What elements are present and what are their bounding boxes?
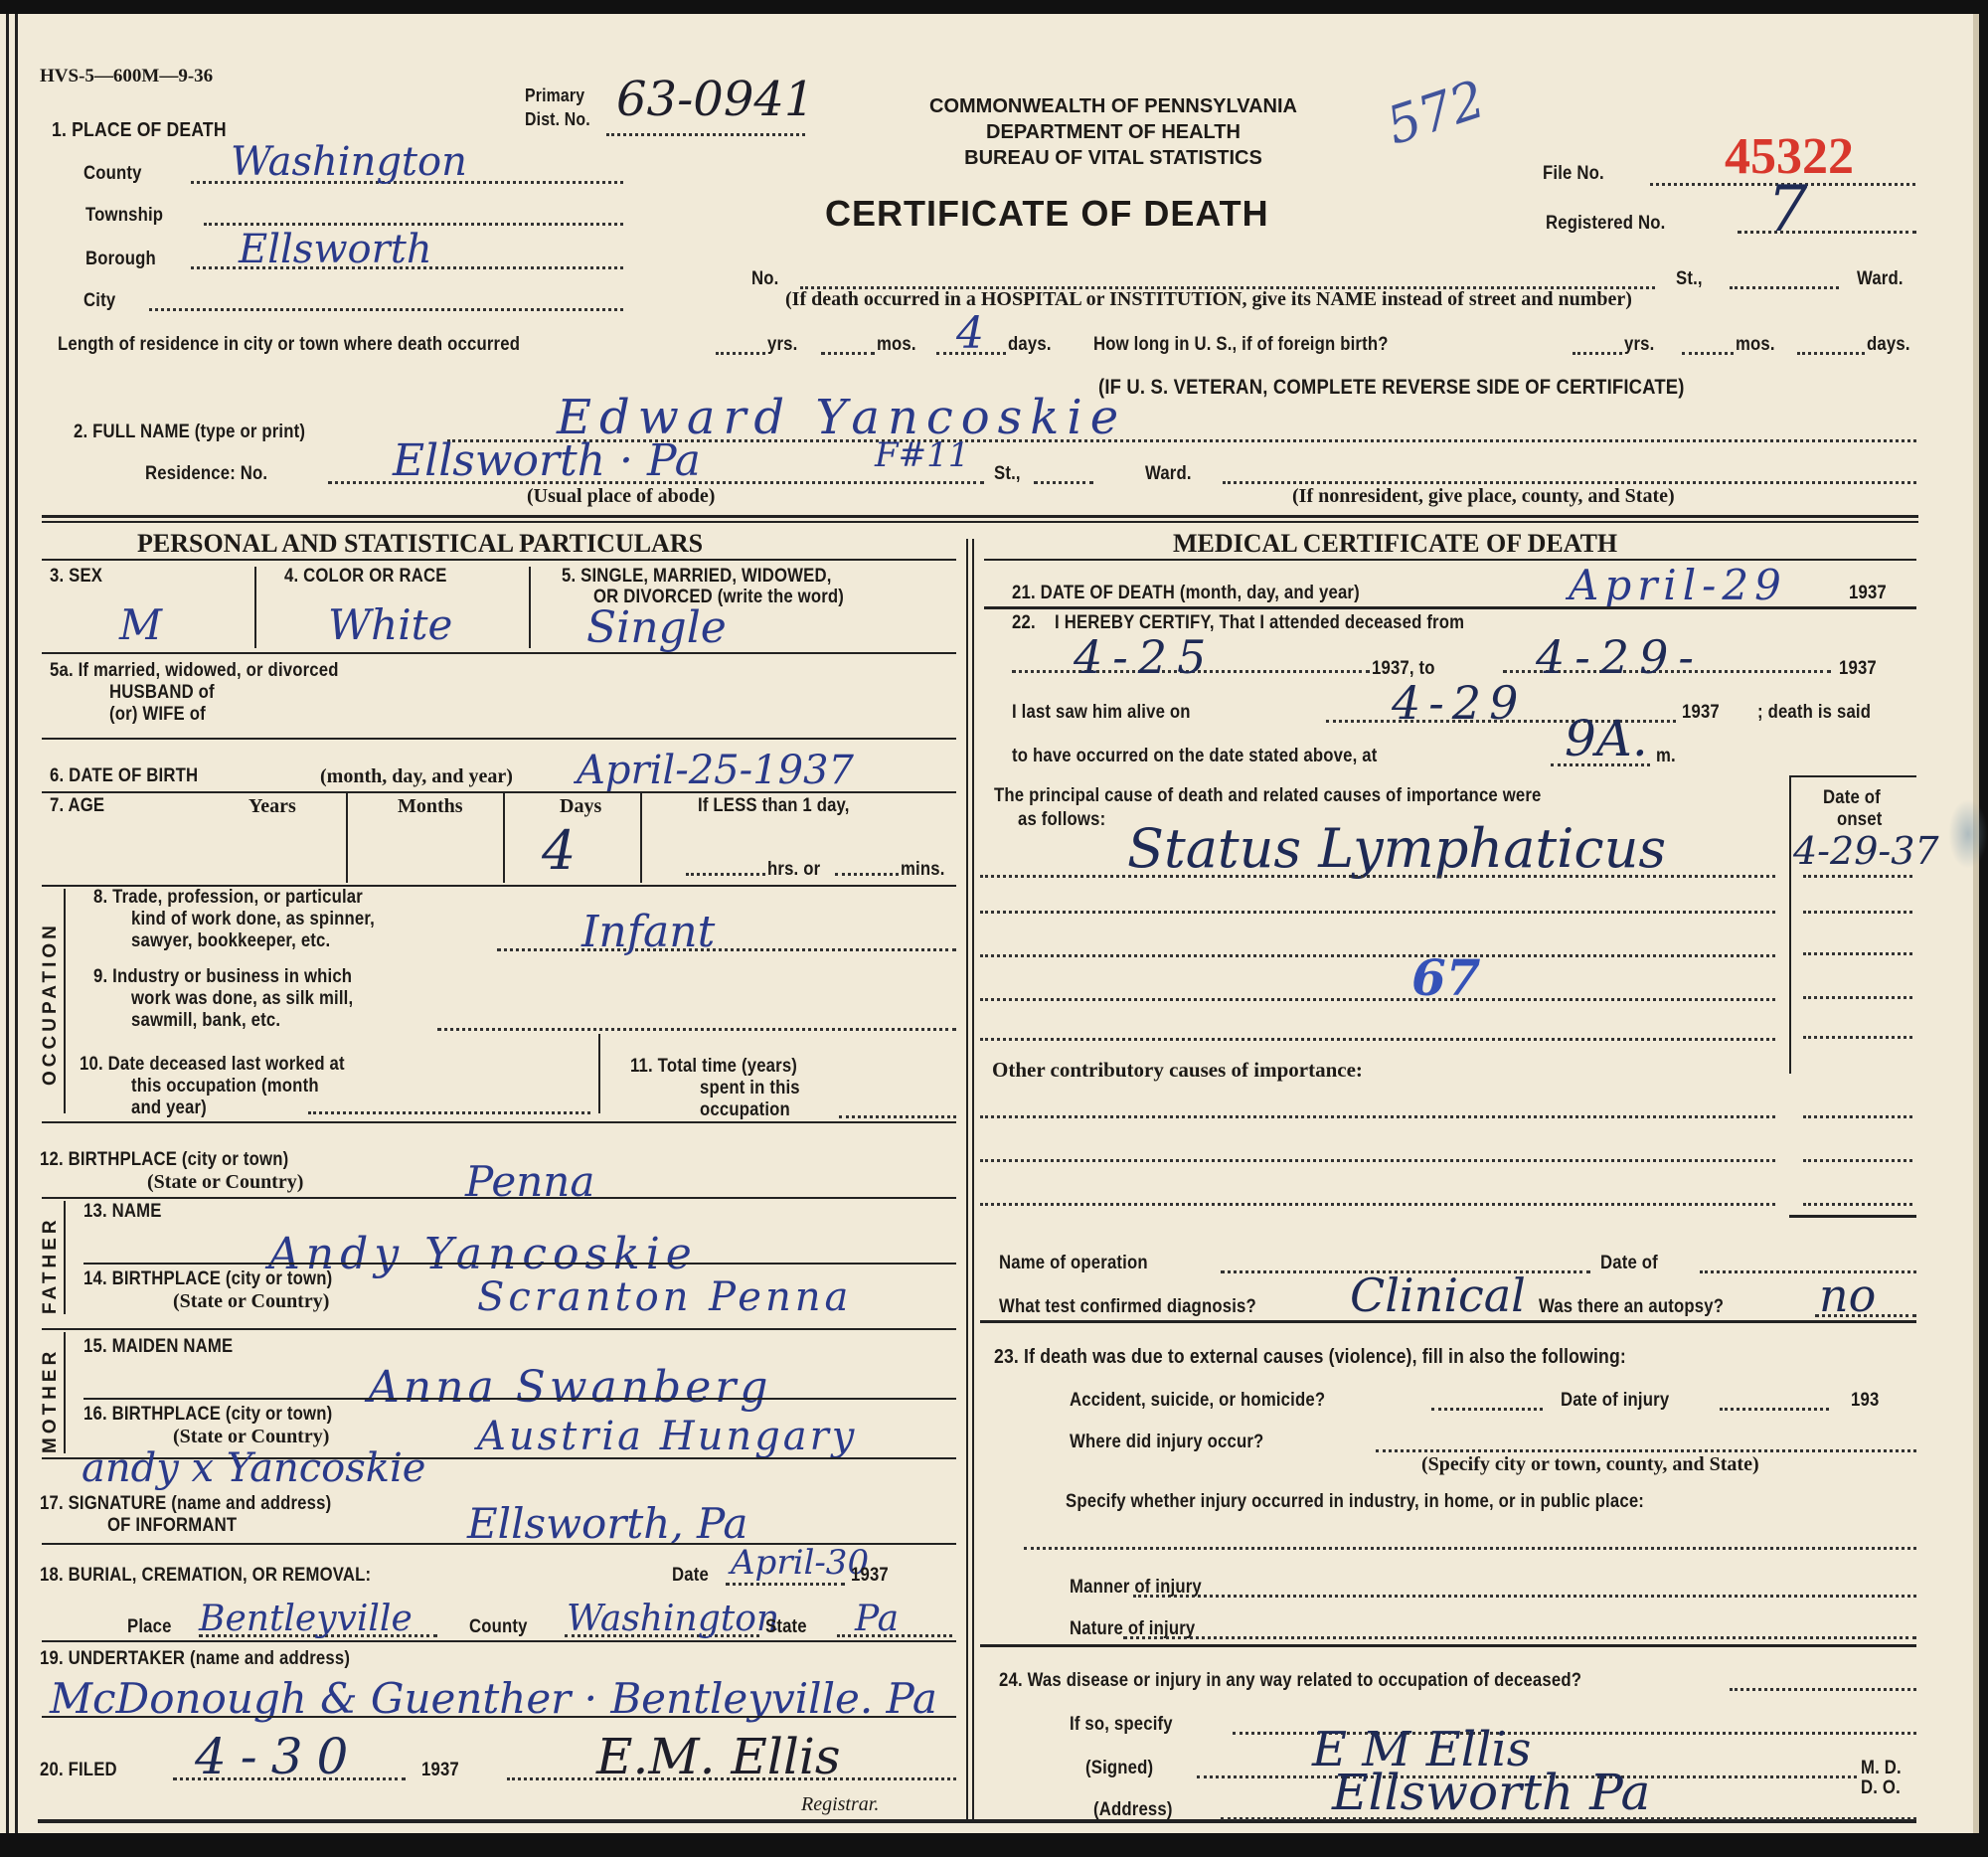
time-value: 9A. [1565,710,1648,767]
agency-line-1: COMMONWEALTH OF PENNSYLVANIA [865,93,1362,119]
burial-date-label: Date [672,1565,709,1587]
marital-value: Single [586,602,727,653]
registered-no-label: Registered No. [1546,213,1665,235]
mother-name-label: 15. MAIDEN NAME [83,1336,233,1358]
informant-name: andy x Yancoskie [82,1445,425,1491]
age-label: 7. AGE [50,795,104,817]
attended-from: 4-25 [1074,630,1216,684]
residence-ward-label: Ward. [1145,463,1192,485]
onset-value: 4-29-37 [1793,829,1939,873]
trade-label-2: kind of work done, as spinner, [131,909,375,930]
nonresident-note: (If nonresident, give place, county, and… [1292,485,1675,508]
form-code: HVS-5—600M—9-36 [40,66,213,87]
residence-st-label: St., [994,463,1021,485]
industry-label-1: 9. Industry or business in which [93,966,352,988]
age-days-value: 4 [542,819,576,882]
dod-label: 21. DATE OF DEATH (month, day, and year) [1012,583,1360,604]
specify-place-label: Specify whether injury occurred in indus… [1066,1491,1644,1513]
medical-section-title: MEDICAL CERTIFICATE OF DEATH [1173,529,1617,559]
totaltime-label-3: occupation [700,1099,790,1121]
burial-date-value: April-30 [731,1543,869,1583]
registrar-label: Registrar. [801,1793,879,1816]
days-label: days. [1008,334,1052,356]
hospital-note: (If death occurred in a HOSPITAL or INST… [785,288,1632,311]
father-birthplace-value: Scranton Penna [477,1274,852,1320]
stamp-number: 572 [1380,70,1492,157]
trade-label-3: sawyer, bookkeeper, etc. [131,930,330,952]
diagnosis-label: What test confirmed diagnosis? [999,1296,1256,1318]
residence-length-label: Length of residence in city or town wher… [58,334,520,356]
dob-label: 6. DATE OF BIRTH [50,765,198,787]
autopsy-value: no [1819,1268,1876,1322]
agency-line-3: BUREAU OF VITAL STATISTICS [865,145,1362,171]
us-length-label: How long in U. S., if of foreign birth? [1093,334,1389,356]
accident-label: Accident, suicide, or homicide? [1070,1390,1325,1412]
full-name-label: 2. FULL NAME (type or print) [74,422,305,443]
industry-label-3: sawmill, bank, etc. [131,1010,280,1032]
spouse-label-3: (or) WIFE of [109,704,206,726]
industry-label-2: work was done, as silk mill, [131,988,353,1010]
trade-label-1: 8. Trade, profession, or particular [93,887,363,909]
place-value: Bentleyville [199,1599,413,1639]
us-days-label: days. [1867,334,1910,356]
borough-value: Ellsworth [239,227,432,272]
place-label: Place [127,1616,172,1638]
mother-side-label: MOTHER [40,1348,62,1453]
to-year: 1937 [1839,658,1877,680]
burial-county-label: County [469,1616,528,1638]
no-label: No. [751,268,778,290]
months-label: Months [398,795,463,818]
father-name-label: 13. NAME [83,1201,162,1223]
state-value: Pa [855,1599,899,1639]
father-birthplace-label-2: (State or Country) [173,1290,329,1313]
informant-label-1: 17. SIGNATURE (name and address) [40,1493,331,1515]
filed-label: 20. FILED [40,1760,117,1781]
father-birthplace-label-1: 14. BIRTHPLACE (city or town) [83,1268,332,1290]
file-no-label: File No. [1543,163,1604,185]
occurred-label: to have occurred on the date stated abov… [1012,746,1377,767]
veteran-note: (IF U. S. VETERAN, COMPLETE REVERSE SIDE… [1098,376,1685,400]
onset-header-2: onset [1837,809,1882,831]
totaltime-label-1: 11. Total time (years) [630,1056,797,1078]
personal-section-title: PERSONAL AND STATISTICAL PARTICULARS [137,529,703,559]
lastworked-label-3: and year) [131,1097,207,1119]
attended-to: 4-29- [1536,630,1704,684]
abode-note: (Usual place of abode) [527,485,715,508]
mos-label: mos. [877,334,916,356]
hrs-label: hrs. or [767,859,820,881]
agency-block: COMMONWEALTH OF PENNSYLVANIA DEPARTMENT … [865,93,1362,171]
informant-label-2: OF INFORMANT [107,1515,237,1537]
last-saw-label: I last saw him alive on [1012,702,1191,724]
spouse-label-1: 5a. If married, widowed, or divorced [50,660,339,682]
dod-year: 1937 [1849,583,1887,604]
page-title: CERTIFICATE OF DEATH [825,193,1269,235]
dob-hint: (month, day, and year) [320,765,513,788]
father-name-value: Andy Yancoskie [268,1229,698,1279]
us-mos-label: mos. [1736,334,1775,356]
mother-birthplace-value: Austria Hungary [477,1414,857,1459]
sex-label: 3. SEX [50,566,102,588]
mother-birthplace-label-1: 16. BIRTHPLACE (city or town) [83,1404,332,1426]
primary-dist-value: 63-0941 [616,72,814,127]
address-label: (Address) [1093,1799,1173,1821]
occupation-side-label: OCCUPATION [40,922,62,1086]
father-side-label: FATHER [40,1216,62,1314]
ward-label: Ward. [1857,268,1904,290]
spouse-label-2: HUSBAND of [109,682,215,704]
filed-year: 1937 [421,1760,459,1781]
md-label: M. D. [1861,1758,1902,1779]
lastworked-label-1: 10. Date deceased last worked at [80,1054,345,1076]
other-causes-label: Other contributory causes of importance: [992,1058,1363,1083]
yrs-label: yrs. [767,334,797,356]
borough-label: Borough [85,249,156,270]
mother-name-value: Anna Swanberg [368,1362,771,1413]
address-value: Ellsworth Pa [1332,1764,1650,1821]
death-said: ; death is said [1757,702,1871,724]
residence-extra: F#11 [875,435,969,475]
where-note: (Specify city or town, county, and State… [1421,1453,1759,1476]
registrar-signature: E.M. Ellis [596,1728,841,1785]
place-of-death-heading: 1. PLACE OF DEATH [52,119,227,142]
lastworked-label-2: this occupation (month [131,1076,319,1097]
diagnosis-value: Clinical [1350,1268,1526,1322]
race-value: White [328,600,452,649]
birthplace-label-1: 12. BIRTHPLACE (city or town) [40,1149,288,1171]
where-label: Where did injury occur? [1070,1432,1263,1453]
years-label: Years [248,795,296,818]
race-label: 4. COLOR OR RACE [284,566,447,588]
marital-label-1: 5. SINGLE, MARRIED, WIDOWED, [562,566,832,588]
totaltime-label-2: spent in this [700,1078,800,1099]
informant-address: Ellsworth, Pa [467,1499,747,1548]
injury-date-label: Date of injury [1561,1390,1669,1412]
city-label: City [83,290,115,312]
burial-label: 18. BURIAL, CREMATION, OR REMOVAL: [40,1565,371,1587]
us-yrs-label: yrs. [1624,334,1654,356]
trade-value: Infant [581,907,715,957]
cause-label-2: as follows: [1018,809,1105,831]
injury-year: 193 [1851,1390,1879,1412]
if-so-label: If so, specify [1070,1714,1173,1736]
less-than-day-label: If LESS than 1 day, [698,795,850,817]
last-saw-year: 1937 [1682,702,1720,724]
days-age-label: Days [560,795,601,818]
death-certificate: HVS-5—600M—9-36 Primary Dist. No. 63-094… [0,14,1979,1833]
undertaker-label: 19. UNDERTAKER (name and address) [40,1648,350,1670]
st-label: St., [1676,268,1703,290]
autopsy-label: Was there an autopsy? [1539,1296,1724,1318]
residence-label: Residence: No. [145,463,267,485]
burial-year: 1937 [851,1565,889,1587]
filed-date: 4-30 [195,1728,362,1785]
do-label: D. O. [1861,1777,1901,1799]
burial-county-value: Washington [567,1599,779,1639]
operation-date-label: Date of [1600,1253,1658,1274]
dod-value: April-29 [1569,561,1787,609]
registered-no-value: 7 [1767,173,1808,247]
occupational-label: 24. Was disease or injury in any way rel… [999,1670,1581,1692]
time-suffix: m. [1656,746,1676,767]
dist-no-label: Dist. No. [525,109,590,130]
county-label: County [83,163,142,185]
signed-label: (Signed) [1085,1758,1153,1779]
dob-value: April-25-1937 [577,748,854,793]
last-saw-value: 4-29 [1392,676,1526,730]
ink-stain [1948,799,1988,869]
state-label: State [765,1616,807,1638]
county-value: Washington [231,139,467,185]
onset-header-1: Date of [1823,787,1881,809]
cause-label-1: The principal cause of death and related… [994,785,1542,807]
township-label: Township [85,205,163,227]
residence-value: Ellsworth · Pa [393,435,701,486]
operation-label: Name of operation [999,1253,1148,1274]
sex-value: M [119,600,162,649]
mins-label: mins. [901,859,945,881]
cause-value: Status Lymphaticus [1127,817,1666,880]
primary-dist-label: Primary [525,85,584,106]
agency-line-2: DEPARTMENT OF HEALTH [865,119,1362,145]
residence-days-value: 4 [956,308,984,359]
external-causes-label: 23. If death was due to external causes … [994,1346,1626,1369]
birthplace-label-2: (State or Country) [147,1171,303,1194]
